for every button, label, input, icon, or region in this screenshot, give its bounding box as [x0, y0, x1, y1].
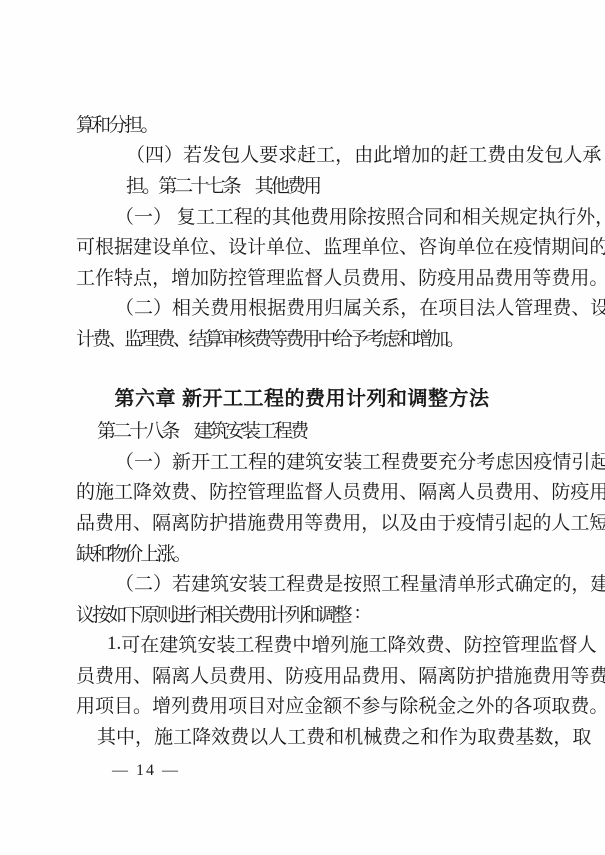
- text-line: 的施工降效费、防控管理监督人员费用、隔离人员费用、防疫用: [76, 476, 528, 507]
- text-line: （二）相关费用根据费用归属关系，在项目法人管理费、设: [76, 292, 528, 323]
- text-line: 用项目。增列费用项目对应金额不参与除税金之外的各项取费。: [76, 690, 528, 721]
- text-line: 品费用、隔离防护措施费用等费用，以及由于疫情引起的人工短: [76, 506, 528, 537]
- text-line: 工作特点，增加防控管理监督人员费用、防疫用品费用等费用。: [76, 261, 528, 292]
- text-line: 算和分担。: [76, 108, 528, 139]
- text-line: 其中，施工降效费以人工费和机械费之和作为取费基数，取: [76, 720, 528, 751]
- text-line: 可根据建设单位、设计单位、监理单位、咨询单位在疫情期间的: [76, 230, 528, 261]
- text-line: 1.可在建筑安装工程费中增列施工降效费、防控管理监督人: [76, 629, 528, 660]
- text-line: 员费用、隔离人员费用、防疫用品费用、隔离防护措施费用等费: [76, 659, 528, 690]
- document-page: 算和分担。（四）若发包人要求赶工，由此增加的赶工费由发包人承担。第二十七条 其他…: [0, 0, 605, 855]
- text-line: 第二十八条 建筑安装工程费: [76, 414, 528, 445]
- text-line: 担。第二十七条 其他费用: [76, 169, 528, 200]
- text-line: （二）若建筑安装工程费是按照工程量清单形式确定的，建: [76, 567, 528, 598]
- text-line: 议按如下原则进行相关费用计列和调整:: [76, 598, 528, 629]
- document-body: 算和分担。（四）若发包人要求赶工，由此增加的赶工费由发包人承担。第二十七条 其他…: [76, 108, 528, 751]
- chapter-heading: 第六章 新开工工程的费用计列和调整方法: [76, 384, 528, 415]
- text-line: 计费、监理费、结算审核费等费用中给予考虑和增加。: [76, 322, 528, 353]
- text-line: （四）若发包人要求赶工，由此增加的赶工费由发包人承: [76, 139, 528, 170]
- page-number: — 14 —: [112, 762, 180, 780]
- text-line: （一） 复工工程的其他费用除按照合同和相关规定执行外，: [76, 200, 528, 231]
- text-line: （一）新开工工程的建筑安装工程费要充分考虑因疫情引起: [76, 445, 528, 476]
- text-line: 缺和物价上涨。: [76, 537, 528, 568]
